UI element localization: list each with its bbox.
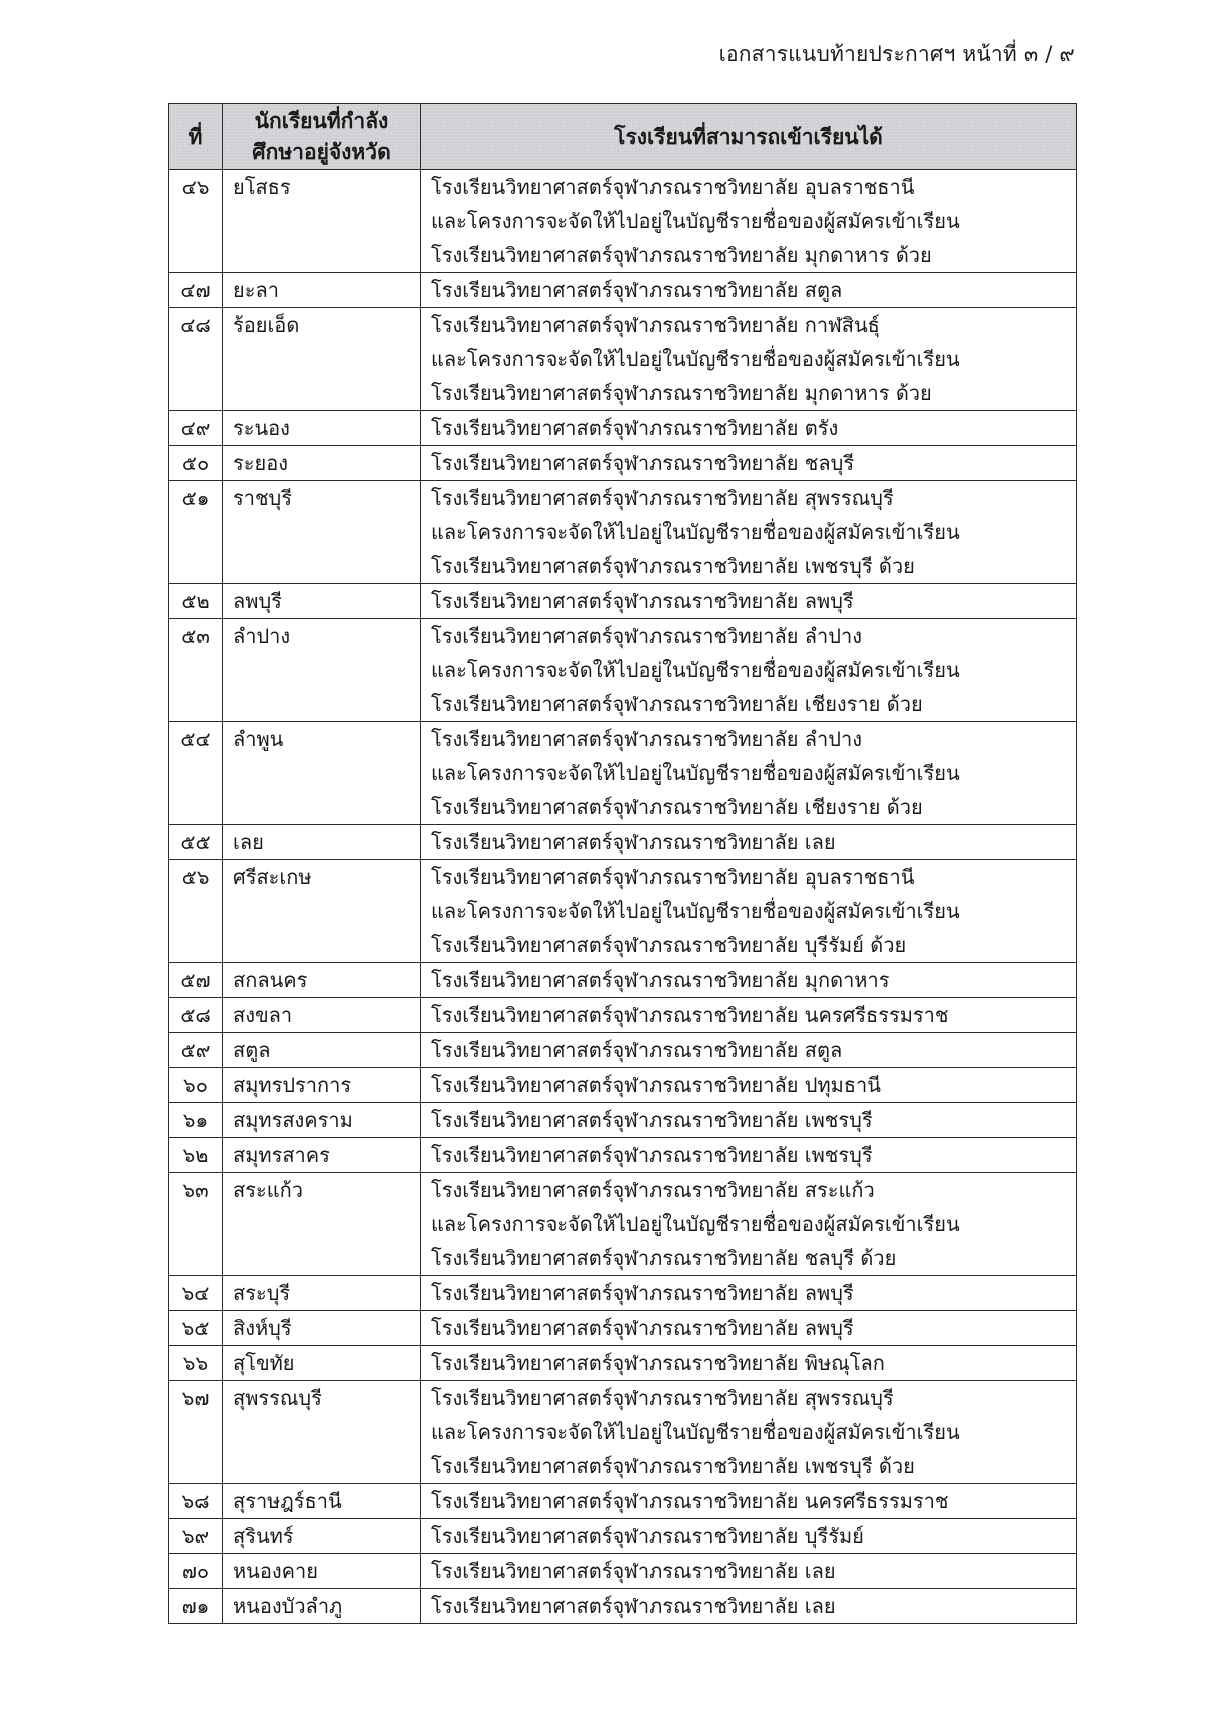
row-schools: โรงเรียนวิทยาศาสตร์จุฬาภรณราชวิทยาลัย สต… bbox=[421, 273, 1077, 308]
row-schools: โรงเรียนวิทยาศาสตร์จุฬาภรณราชวิทยาลัย เล… bbox=[421, 1589, 1077, 1624]
row-number: ๖๖ bbox=[169, 1346, 223, 1381]
school-line: โรงเรียนวิทยาศาสตร์จุฬาภรณราชวิทยาลัย ลพ… bbox=[431, 584, 1076, 618]
table-row: ๖๐สมุทรปราการโรงเรียนวิทยาศาสตร์จุฬาภรณร… bbox=[169, 1068, 1077, 1103]
row-province: หนองคาย bbox=[223, 1554, 421, 1589]
row-schools: โรงเรียนวิทยาศาสตร์จุฬาภรณราชวิทยาลัย สต… bbox=[421, 1033, 1077, 1068]
row-province: สระบุรี bbox=[223, 1276, 421, 1311]
school-line: และโครงการจะจัดให้ไปอยู่ในบัญชีรายชื่อขอ… bbox=[431, 342, 1076, 376]
table-body: ๔๖ยโสธรโรงเรียนวิทยาศาสตร์จุฬาภรณราชวิทย… bbox=[169, 170, 1077, 1624]
table-row: ๖๙สุรินทร์โรงเรียนวิทยาศาสตร์จุฬาภรณราชว… bbox=[169, 1519, 1077, 1554]
school-line: โรงเรียนวิทยาศาสตร์จุฬาภรณราชวิทยาลัย ลพ… bbox=[431, 1311, 1076, 1345]
row-schools: โรงเรียนวิทยาศาสตร์จุฬาภรณราชวิทยาลัย ตร… bbox=[421, 411, 1077, 446]
row-schools: โรงเรียนวิทยาศาสตร์จุฬาภรณราชวิทยาลัย อุ… bbox=[421, 860, 1077, 963]
row-province: ระยอง bbox=[223, 446, 421, 481]
school-line: โรงเรียนวิทยาศาสตร์จุฬาภรณราชวิทยาลัย เช… bbox=[431, 687, 1076, 721]
school-line: โรงเรียนวิทยาศาสตร์จุฬาภรณราชวิทยาลัย บุ… bbox=[431, 1519, 1076, 1553]
table-row: ๕๑ราชบุรีโรงเรียนวิทยาศาสตร์จุฬาภรณราชวิ… bbox=[169, 481, 1077, 584]
table-row: ๔๘ร้อยเอ็ดโรงเรียนวิทยาศาสตร์จุฬาภรณราชว… bbox=[169, 308, 1077, 411]
row-number: ๕๒ bbox=[169, 584, 223, 619]
row-schools: โรงเรียนวิทยาศาสตร์จุฬาภรณราชวิทยาลัย เพ… bbox=[421, 1103, 1077, 1138]
row-number: ๕๓ bbox=[169, 619, 223, 722]
table-row: ๕๕เลยโรงเรียนวิทยาศาสตร์จุฬาภรณราชวิทยาล… bbox=[169, 825, 1077, 860]
row-number: ๖๒ bbox=[169, 1138, 223, 1173]
table-row: ๖๓สระแก้วโรงเรียนวิทยาศาสตร์จุฬาภรณราชวิ… bbox=[169, 1173, 1077, 1276]
school-line: และโครงการจะจัดให้ไปอยู่ในบัญชีรายชื่อขอ… bbox=[431, 756, 1076, 790]
row-province: สมุทรสงคราม bbox=[223, 1103, 421, 1138]
row-number: ๕๖ bbox=[169, 860, 223, 963]
header-province-line2: ศึกษาอยู่จังหวัด bbox=[223, 137, 420, 168]
school-line: โรงเรียนวิทยาศาสตร์จุฬาภรณราชวิทยาลัย ชล… bbox=[431, 1241, 1076, 1275]
table-row: ๖๕สิงห์บุรีโรงเรียนวิทยาศาสตร์จุฬาภรณราช… bbox=[169, 1311, 1077, 1346]
school-line: โรงเรียนวิทยาศาสตร์จุฬาภรณราชวิทยาลัย ปท… bbox=[431, 1068, 1076, 1102]
school-line: โรงเรียนวิทยาศาสตร์จุฬาภรณราชวิทยาลัย นค… bbox=[431, 1484, 1076, 1518]
row-schools: โรงเรียนวิทยาศาสตร์จุฬาภรณราชวิทยาลัย ลำ… bbox=[421, 722, 1077, 825]
row-schools: โรงเรียนวิทยาศาสตร์จุฬาภรณราชวิทยาลัย กา… bbox=[421, 308, 1077, 411]
school-line: โรงเรียนวิทยาศาสตร์จุฬาภรณราชวิทยาลัย ชล… bbox=[431, 446, 1076, 480]
school-line: โรงเรียนวิทยาศาสตร์จุฬาภรณราชวิทยาลัย เพ… bbox=[431, 1449, 1076, 1483]
table-row: ๖๖สุโขทัยโรงเรียนวิทยาศาสตร์จุฬาภรณราชวิ… bbox=[169, 1346, 1077, 1381]
school-line: และโครงการจะจัดให้ไปอยู่ในบัญชีรายชื่อขอ… bbox=[431, 894, 1076, 928]
school-line: และโครงการจะจัดให้ไปอยู่ในบัญชีรายชื่อขอ… bbox=[431, 204, 1076, 238]
row-number: ๔๘ bbox=[169, 308, 223, 411]
school-line: โรงเรียนวิทยาศาสตร์จุฬาภรณราชวิทยาลัย ตร… bbox=[431, 411, 1076, 445]
row-schools: โรงเรียนวิทยาศาสตร์จุฬาภรณราชวิทยาลัย พิ… bbox=[421, 1346, 1077, 1381]
school-line: โรงเรียนวิทยาศาสตร์จุฬาภรณราชวิทยาลัย สต… bbox=[431, 273, 1076, 307]
row-province: สุรินทร์ bbox=[223, 1519, 421, 1554]
school-line: โรงเรียนวิทยาศาสตร์จุฬาภรณราชวิทยาลัย เล… bbox=[431, 1589, 1076, 1623]
school-line: โรงเรียนวิทยาศาสตร์จุฬาภรณราชวิทยาลัย พิ… bbox=[431, 1346, 1076, 1380]
table-row: ๖๔สระบุรีโรงเรียนวิทยาศาสตร์จุฬาภรณราชวิ… bbox=[169, 1276, 1077, 1311]
row-number: ๖๑ bbox=[169, 1103, 223, 1138]
header-province: นักเรียนที่กำลัง ศึกษาอยู่จังหวัด bbox=[223, 104, 421, 170]
table-row: ๕๐ระยองโรงเรียนวิทยาศาสตร์จุฬาภรณราชวิทย… bbox=[169, 446, 1077, 481]
table-row: ๕๖ศรีสะเกษโรงเรียนวิทยาศาสตร์จุฬาภรณราชว… bbox=[169, 860, 1077, 963]
row-schools: โรงเรียนวิทยาศาสตร์จุฬาภรณราชวิทยาลัย เล… bbox=[421, 825, 1077, 860]
school-line: โรงเรียนวิทยาศาสตร์จุฬาภรณราชวิทยาลัย ลำ… bbox=[431, 619, 1076, 653]
table-row: ๕๒ลพบุรีโรงเรียนวิทยาศาสตร์จุฬาภรณราชวิท… bbox=[169, 584, 1077, 619]
table-row: ๔๗ยะลาโรงเรียนวิทยาศาสตร์จุฬาภรณราชวิทยา… bbox=[169, 273, 1077, 308]
row-schools: โรงเรียนวิทยาศาสตร์จุฬาภรณราชวิทยาลัย บุ… bbox=[421, 1519, 1077, 1554]
row-province: สมุทรปราการ bbox=[223, 1068, 421, 1103]
page-header: เอกสารแนบท้ายประกาศฯ หน้าที่ ๓ / ๙ bbox=[719, 38, 1075, 71]
row-number: ๖๓ bbox=[169, 1173, 223, 1276]
row-province: สุราษฎร์ธานี bbox=[223, 1484, 421, 1519]
row-schools: โรงเรียนวิทยาศาสตร์จุฬาภรณราชวิทยาลัย ลพ… bbox=[421, 1311, 1077, 1346]
school-line: โรงเรียนวิทยาศาสตร์จุฬาภรณราชวิทยาลัย สร… bbox=[431, 1173, 1076, 1207]
row-province: ยะลา bbox=[223, 273, 421, 308]
row-province: สุพรรณบุรี bbox=[223, 1381, 421, 1484]
row-province: หนองบัวลำภู bbox=[223, 1589, 421, 1624]
row-province: สมุทรสาคร bbox=[223, 1138, 421, 1173]
row-number: ๖๙ bbox=[169, 1519, 223, 1554]
row-province: สงขลา bbox=[223, 998, 421, 1033]
school-line: โรงเรียนวิทยาศาสตร์จุฬาภรณราชวิทยาลัย อุ… bbox=[431, 860, 1076, 894]
table-header-row: ที่ นักเรียนที่กำลัง ศึกษาอยู่จังหวัด โร… bbox=[169, 104, 1077, 170]
school-line: โรงเรียนวิทยาศาสตร์จุฬาภรณราชวิทยาลัย เพ… bbox=[431, 549, 1076, 583]
school-line: โรงเรียนวิทยาศาสตร์จุฬาภรณราชวิทยาลัย นค… bbox=[431, 998, 1076, 1032]
row-province: ราชบุรี bbox=[223, 481, 421, 584]
school-line: และโครงการจะจัดให้ไปอยู่ในบัญชีรายชื่อขอ… bbox=[431, 515, 1076, 549]
row-schools: โรงเรียนวิทยาศาสตร์จุฬาภรณราชวิทยาลัย นค… bbox=[421, 1484, 1077, 1519]
row-number: ๖๘ bbox=[169, 1484, 223, 1519]
row-province: ลำปาง bbox=[223, 619, 421, 722]
school-line: โรงเรียนวิทยาศาสตร์จุฬาภรณราชวิทยาลัย เพ… bbox=[431, 1138, 1076, 1172]
school-line: และโครงการจะจัดให้ไปอยู่ในบัญชีรายชื่อขอ… bbox=[431, 653, 1076, 687]
school-line: โรงเรียนวิทยาศาสตร์จุฬาภรณราชวิทยาลัย มุ… bbox=[431, 963, 1076, 997]
row-number: ๖๕ bbox=[169, 1311, 223, 1346]
row-schools: โรงเรียนวิทยาศาสตร์จุฬาภรณราชวิทยาลัย สร… bbox=[421, 1173, 1077, 1276]
school-line: โรงเรียนวิทยาศาสตร์จุฬาภรณราชวิทยาลัย เพ… bbox=[431, 1103, 1076, 1137]
table-row: ๖๑สมุทรสงครามโรงเรียนวิทยาศาสตร์จุฬาภรณร… bbox=[169, 1103, 1077, 1138]
row-number: ๖๗ bbox=[169, 1381, 223, 1484]
school-line: โรงเรียนวิทยาศาสตร์จุฬาภรณราชวิทยาลัย สุ… bbox=[431, 481, 1076, 515]
row-schools: โรงเรียนวิทยาศาสตร์จุฬาภรณราชวิทยาลัย ปท… bbox=[421, 1068, 1077, 1103]
row-province: สกลนคร bbox=[223, 963, 421, 998]
school-line: โรงเรียนวิทยาศาสตร์จุฬาภรณราชวิทยาลัย สต… bbox=[431, 1033, 1076, 1067]
row-schools: โรงเรียนวิทยาศาสตร์จุฬาภรณราชวิทยาลัย สุ… bbox=[421, 481, 1077, 584]
row-schools: โรงเรียนวิทยาศาสตร์จุฬาภรณราชวิทยาลัย ลำ… bbox=[421, 619, 1077, 722]
school-line: โรงเรียนวิทยาศาสตร์จุฬาภรณราชวิทยาลัย ลพ… bbox=[431, 1276, 1076, 1310]
table-row: ๔๖ยโสธรโรงเรียนวิทยาศาสตร์จุฬาภรณราชวิทย… bbox=[169, 170, 1077, 273]
row-number: ๕๙ bbox=[169, 1033, 223, 1068]
row-province: สิงห์บุรี bbox=[223, 1311, 421, 1346]
school-line: และโครงการจะจัดให้ไปอยู่ในบัญชีรายชื่อขอ… bbox=[431, 1415, 1076, 1449]
row-number: ๗๐ bbox=[169, 1554, 223, 1589]
row-province: ยโสธร bbox=[223, 170, 421, 273]
row-number: ๕๐ bbox=[169, 446, 223, 481]
row-province: สระแก้ว bbox=[223, 1173, 421, 1276]
row-province: สตูล bbox=[223, 1033, 421, 1068]
table-row: ๖๘สุราษฎร์ธานีโรงเรียนวิทยาศาสตร์จุฬาภรณ… bbox=[169, 1484, 1077, 1519]
school-line: โรงเรียนวิทยาศาสตร์จุฬาภรณราชวิทยาลัย บุ… bbox=[431, 928, 1076, 962]
row-number: ๔๙ bbox=[169, 411, 223, 446]
school-assignment-table: ที่ นักเรียนที่กำลัง ศึกษาอยู่จังหวัด โร… bbox=[168, 103, 1077, 1624]
school-line: โรงเรียนวิทยาศาสตร์จุฬาภรณราชวิทยาลัย มุ… bbox=[431, 376, 1076, 410]
row-schools: โรงเรียนวิทยาศาสตร์จุฬาภรณราชวิทยาลัย เพ… bbox=[421, 1138, 1077, 1173]
table-row: ๕๔ลำพูนโรงเรียนวิทยาศาสตร์จุฬาภรณราชวิทย… bbox=[169, 722, 1077, 825]
row-province: ลพบุรี bbox=[223, 584, 421, 619]
school-line: โรงเรียนวิทยาศาสตร์จุฬาภรณราชวิทยาลัย อุ… bbox=[431, 170, 1076, 204]
table-row: ๔๙ระนองโรงเรียนวิทยาศาสตร์จุฬาภรณราชวิทย… bbox=[169, 411, 1077, 446]
school-line: โรงเรียนวิทยาศาสตร์จุฬาภรณราชวิทยาลัย มุ… bbox=[431, 238, 1076, 272]
table-row: ๖๒สมุทรสาครโรงเรียนวิทยาศาสตร์จุฬาภรณราช… bbox=[169, 1138, 1077, 1173]
row-number: ๔๗ bbox=[169, 273, 223, 308]
row-province: ระนอง bbox=[223, 411, 421, 446]
school-line: โรงเรียนวิทยาศาสตร์จุฬาภรณราชวิทยาลัย เช… bbox=[431, 790, 1076, 824]
school-line: โรงเรียนวิทยาศาสตร์จุฬาภรณราชวิทยาลัย กา… bbox=[431, 308, 1076, 342]
row-number: ๕๔ bbox=[169, 722, 223, 825]
table-row: ๕๙สตูลโรงเรียนวิทยาศาสตร์จุฬาภรณราชวิทยา… bbox=[169, 1033, 1077, 1068]
row-number: ๕๗ bbox=[169, 963, 223, 998]
row-number: ๕๑ bbox=[169, 481, 223, 584]
table-row: ๗๑หนองบัวลำภูโรงเรียนวิทยาศาสตร์จุฬาภรณร… bbox=[169, 1589, 1077, 1624]
row-schools: โรงเรียนวิทยาศาสตร์จุฬาภรณราชวิทยาลัย มุ… bbox=[421, 963, 1077, 998]
row-schools: โรงเรียนวิทยาศาสตร์จุฬาภรณราชวิทยาลัย อุ… bbox=[421, 170, 1077, 273]
row-number: ๕๘ bbox=[169, 998, 223, 1033]
row-schools: โรงเรียนวิทยาศาสตร์จุฬาภรณราชวิทยาลัย นค… bbox=[421, 998, 1077, 1033]
row-province: ร้อยเอ็ด bbox=[223, 308, 421, 411]
row-number: ๔๖ bbox=[169, 170, 223, 273]
school-line: โรงเรียนวิทยาศาสตร์จุฬาภรณราชวิทยาลัย ลำ… bbox=[431, 722, 1076, 756]
row-schools: โรงเรียนวิทยาศาสตร์จุฬาภรณราชวิทยาลัย ชล… bbox=[421, 446, 1077, 481]
table-row: ๕๘สงขลาโรงเรียนวิทยาศาสตร์จุฬาภรณราชวิทย… bbox=[169, 998, 1077, 1033]
row-number: ๕๕ bbox=[169, 825, 223, 860]
row-schools: โรงเรียนวิทยาศาสตร์จุฬาภรณราชวิทยาลัย ลพ… bbox=[421, 1276, 1077, 1311]
row-number: ๗๑ bbox=[169, 1589, 223, 1624]
table-row: ๕๗สกลนครโรงเรียนวิทยาศาสตร์จุฬาภรณราชวิท… bbox=[169, 963, 1077, 998]
school-line: และโครงการจะจัดให้ไปอยู่ในบัญชีรายชื่อขอ… bbox=[431, 1207, 1076, 1241]
row-province: ลำพูน bbox=[223, 722, 421, 825]
header-school: โรงเรียนที่สามารถเข้าเรียนได้ bbox=[421, 104, 1077, 170]
row-number: ๖๔ bbox=[169, 1276, 223, 1311]
school-line: โรงเรียนวิทยาศาสตร์จุฬาภรณราชวิทยาลัย เล… bbox=[431, 1554, 1076, 1588]
row-province: ศรีสะเกษ bbox=[223, 860, 421, 963]
header-province-line1: นักเรียนที่กำลัง bbox=[223, 106, 420, 137]
row-province: สุโขทัย bbox=[223, 1346, 421, 1381]
school-line: โรงเรียนวิทยาศาสตร์จุฬาภรณราชวิทยาลัย สุ… bbox=[431, 1381, 1076, 1415]
row-province: เลย bbox=[223, 825, 421, 860]
row-number: ๖๐ bbox=[169, 1068, 223, 1103]
table-row: ๖๗สุพรรณบุรีโรงเรียนวิทยาศาสตร์จุฬาภรณรา… bbox=[169, 1381, 1077, 1484]
table-row: ๕๓ลำปางโรงเรียนวิทยาศาสตร์จุฬาภรณราชวิทย… bbox=[169, 619, 1077, 722]
table-row: ๗๐หนองคายโรงเรียนวิทยาศาสตร์จุฬาภรณราชวิ… bbox=[169, 1554, 1077, 1589]
header-no: ที่ bbox=[169, 104, 223, 170]
row-schools: โรงเรียนวิทยาศาสตร์จุฬาภรณราชวิทยาลัย ลพ… bbox=[421, 584, 1077, 619]
row-schools: โรงเรียนวิทยาศาสตร์จุฬาภรณราชวิทยาลัย เล… bbox=[421, 1554, 1077, 1589]
school-line: โรงเรียนวิทยาศาสตร์จุฬาภรณราชวิทยาลัย เล… bbox=[431, 825, 1076, 859]
row-schools: โรงเรียนวิทยาศาสตร์จุฬาภรณราชวิทยาลัย สุ… bbox=[421, 1381, 1077, 1484]
